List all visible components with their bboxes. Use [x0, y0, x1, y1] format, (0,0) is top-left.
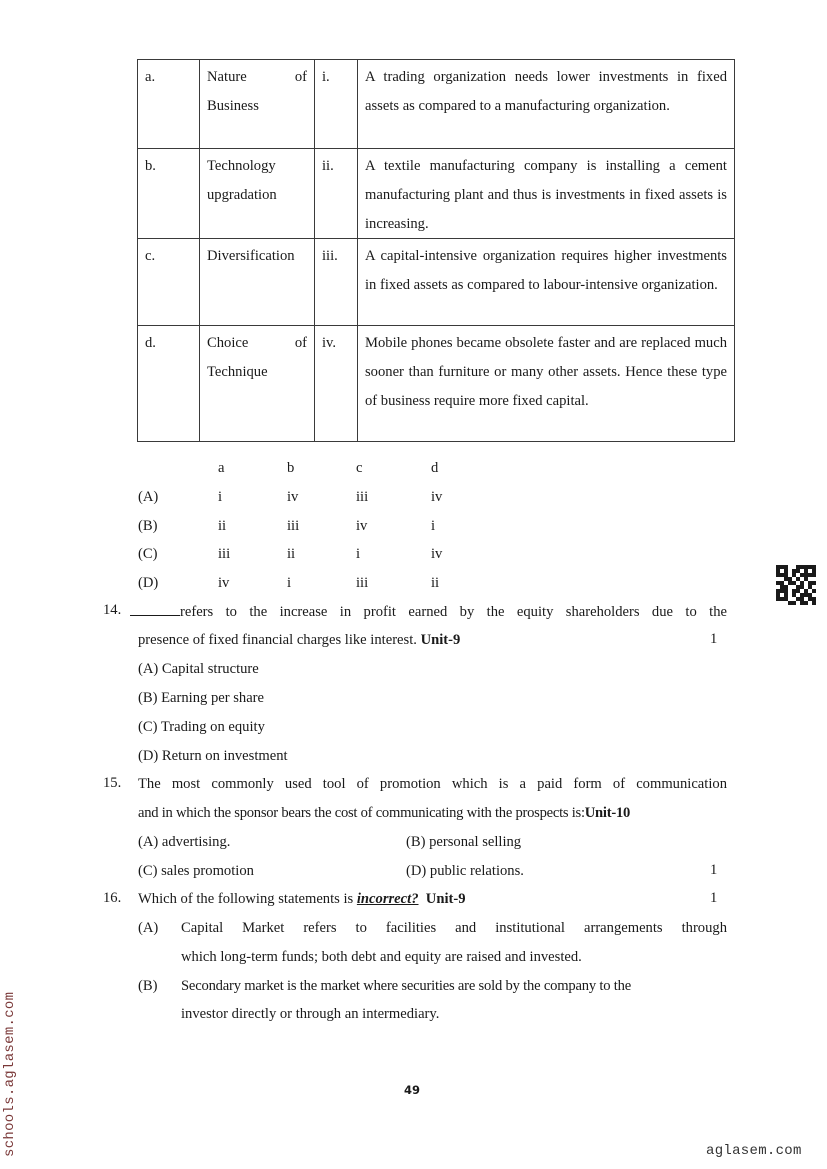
option-label[interactable]: (B)	[138, 517, 157, 535]
unit-label: Unit-9	[421, 632, 461, 648]
fill-blank[interactable]	[130, 602, 180, 616]
row-description: A capital-intensive organization require…	[358, 239, 735, 326]
term-word: of	[295, 329, 307, 358]
answer-option[interactable]: (B) personal selling	[406, 833, 521, 851]
term-word: upgradation	[207, 181, 307, 210]
option-value: i	[356, 545, 360, 563]
option-value: iv	[218, 574, 229, 592]
row-description: Mobile phones became obsolete faster and…	[358, 326, 735, 442]
row-numeral: ii.	[315, 149, 358, 239]
statement-text: Secondary market is the market where sec…	[181, 977, 631, 995]
question-number: 16.	[103, 890, 121, 907]
row-letter: b.	[138, 149, 200, 239]
question-number: 14.	[103, 602, 121, 619]
question-line: and in which the sponsor bears the cost …	[138, 805, 585, 821]
option-value: iii	[356, 488, 368, 506]
grid-header: d	[431, 459, 438, 477]
grid-header: b	[287, 459, 294, 477]
option-value: iv	[356, 517, 367, 535]
question-text: and in which the sponsor bears the cost …	[138, 804, 630, 822]
option-label[interactable]: (D)	[138, 574, 158, 592]
grid-header: c	[356, 459, 362, 477]
row-letter: a.	[138, 60, 200, 149]
row-numeral: iv.	[315, 326, 358, 442]
answer-option[interactable]: (A) advertising.	[138, 833, 230, 851]
question-text: The most commonly used tool of promotion…	[138, 775, 727, 793]
option-value: i	[431, 517, 435, 535]
table-row: d. Choiceof Technique iv. Mobile phones …	[138, 326, 735, 442]
unit-label: Unit-9	[426, 891, 466, 907]
row-description: A textile manufacturing company is insta…	[358, 149, 735, 239]
option-value: ii	[431, 574, 439, 592]
table-row: b. Technology upgradation ii. A textile …	[138, 149, 735, 239]
row-description: A trading organization needs lower inves…	[358, 60, 735, 149]
question-line: Which of the following statements is	[138, 891, 353, 907]
option-value: iv	[431, 488, 442, 506]
answer-option[interactable]: (C) sales promotion	[138, 862, 254, 880]
statement-text: investor directly or through an intermed…	[181, 1005, 439, 1023]
row-term: Choiceof Technique	[200, 326, 315, 442]
side-watermark-link[interactable]: schools.aglasem.com	[2, 992, 18, 1157]
question-text: refers to the increase in profit earned …	[130, 602, 727, 621]
watermark-link[interactable]: aglasem.com	[706, 1143, 802, 1159]
option-value: i	[287, 574, 291, 592]
table-row: a. Natureof Business i. A trading organi…	[138, 60, 735, 149]
row-numeral: iii.	[315, 239, 358, 326]
option-value: iii	[287, 517, 299, 535]
term-word: Technology	[207, 152, 307, 181]
answer-option[interactable]: (D) public relations.	[406, 862, 524, 880]
marks: 1	[710, 890, 717, 907]
answer-option[interactable]: (D) Return on investment	[138, 747, 288, 765]
term-word: Choice	[207, 329, 248, 358]
option-value: iv	[287, 488, 298, 506]
term-word: Technique	[207, 358, 307, 387]
option-value: iv	[431, 545, 442, 563]
option-label[interactable]: (A)	[138, 488, 158, 506]
statement-text: which long-term funds; both debt and equ…	[181, 948, 582, 966]
question-text: presence of fixed financial charges like…	[138, 631, 460, 649]
row-letter: c.	[138, 239, 200, 326]
term-word: Business	[207, 92, 307, 121]
question-line: refers to the increase in profit earned …	[180, 604, 727, 620]
question-number: 15.	[103, 775, 121, 792]
statement-text: Capital Market refers to facilities and …	[181, 919, 727, 937]
row-term: Technology upgradation	[200, 149, 315, 239]
option-value: iii	[218, 545, 230, 563]
statement-label[interactable]: (A)	[138, 919, 158, 937]
answer-option[interactable]: (B) Earning per share	[138, 689, 264, 707]
page-number: 49	[404, 1083, 420, 1097]
term-word: Diversification	[207, 242, 307, 271]
unit-label: Unit-10	[585, 805, 630, 821]
marks: 1	[710, 631, 717, 648]
question-text: Which of the following statements is inc…	[138, 890, 466, 908]
term-word: of	[295, 63, 307, 92]
term-word: Nature	[207, 63, 247, 92]
row-letter: d.	[138, 326, 200, 442]
option-value: ii	[287, 545, 295, 563]
row-numeral: i.	[315, 60, 358, 149]
match-table: a. Natureof Business i. A trading organi…	[137, 59, 735, 442]
option-value: i	[218, 488, 222, 506]
answer-option[interactable]: (C) Trading on equity	[138, 718, 265, 736]
row-term: Natureof Business	[200, 60, 315, 149]
marks: 1	[710, 862, 717, 879]
answer-option[interactable]: (A) Capital structure	[138, 660, 259, 678]
statement-label[interactable]: (B)	[138, 977, 157, 995]
table-row: c. Diversification iii. A capital-intens…	[138, 239, 735, 326]
option-value: ii	[218, 517, 226, 535]
option-value: iii	[356, 574, 368, 592]
grid-header: a	[218, 459, 224, 477]
row-term: Diversification	[200, 239, 315, 326]
qr-code-icon[interactable]	[776, 565, 816, 605]
emphasis: incorrect?	[357, 891, 419, 907]
question-line: presence of fixed financial charges like…	[138, 632, 417, 648]
option-label[interactable]: (C)	[138, 545, 157, 563]
